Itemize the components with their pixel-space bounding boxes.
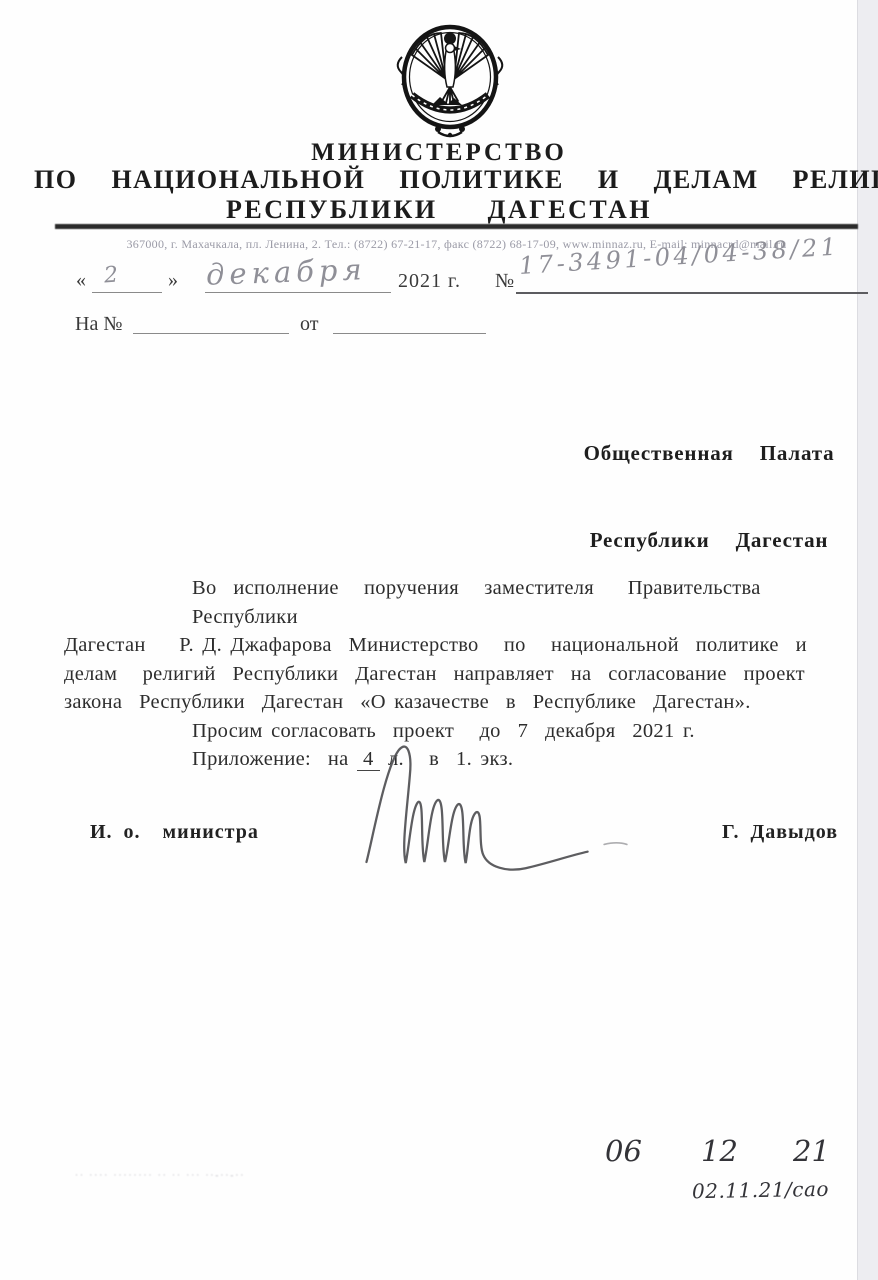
signer-position-title: И. о. министра bbox=[90, 821, 259, 844]
ministry-title-line2: ПО НАЦИОНАЛЬНОЙ ПОЛИТИКЕ И ДЕЛАМ РЕЛИГИЙ bbox=[34, 165, 844, 195]
handwritten-stamp-digit: 06 bbox=[605, 1134, 642, 1168]
number-sign-label: № bbox=[495, 270, 514, 293]
body-line: делам религий Республики Дагестан направ… bbox=[64, 660, 854, 689]
on-number-label: На № bbox=[75, 313, 122, 336]
date-quote-close: » bbox=[168, 269, 178, 292]
from-blank-line bbox=[333, 313, 486, 334]
dagestan-coat-of-arms-icon bbox=[388, 20, 512, 138]
ministry-title-line3: РЕСПУБЛИКИ ДАГЕСТАН bbox=[34, 195, 844, 225]
on-number-blank-line bbox=[133, 313, 289, 334]
recipient-line1: Общественная Палата bbox=[575, 439, 843, 468]
date-quote-open: « bbox=[76, 269, 86, 292]
recipient-line2: Республики Дагестан bbox=[575, 526, 843, 555]
handwritten-stamp-digit: 12 bbox=[701, 1134, 738, 1168]
date-day-blank-line bbox=[92, 272, 162, 293]
handwritten-signature bbox=[352, 740, 662, 890]
body-line: Дагестан Р. Д. Джафарова Министерство по… bbox=[64, 631, 854, 660]
handwritten-day: 2 bbox=[103, 263, 119, 289]
header-rule bbox=[55, 224, 858, 229]
handwritten-stamp-digit: 21 bbox=[793, 1134, 830, 1168]
from-label: от bbox=[300, 313, 318, 336]
illegible-footer-note: ·· ···· ········ ·· ·· ··· ··-··-·· bbox=[75, 1170, 275, 1180]
body-line: закона Республики Дагестан «О казачестве… bbox=[64, 688, 854, 717]
body-line: Во исполнение поручения заместителя Прав… bbox=[64, 574, 854, 631]
handwritten-date-note: 02.11.21/сао bbox=[692, 1177, 829, 1203]
scanned-letter-page: МИНИСТЕРСТВО ПО НАЦИОНАЛЬНОЙ ПОЛИТИКЕ И … bbox=[0, 0, 878, 1280]
signer-name: Г. Давыдов bbox=[722, 821, 838, 844]
attachment-prefix: Приложение: на bbox=[192, 748, 357, 770]
ministry-title-line1: МИНИСТЕРСТВО bbox=[34, 139, 844, 167]
year-label: 2021 г. bbox=[398, 270, 461, 293]
handwritten-month: декабря bbox=[205, 252, 367, 292]
